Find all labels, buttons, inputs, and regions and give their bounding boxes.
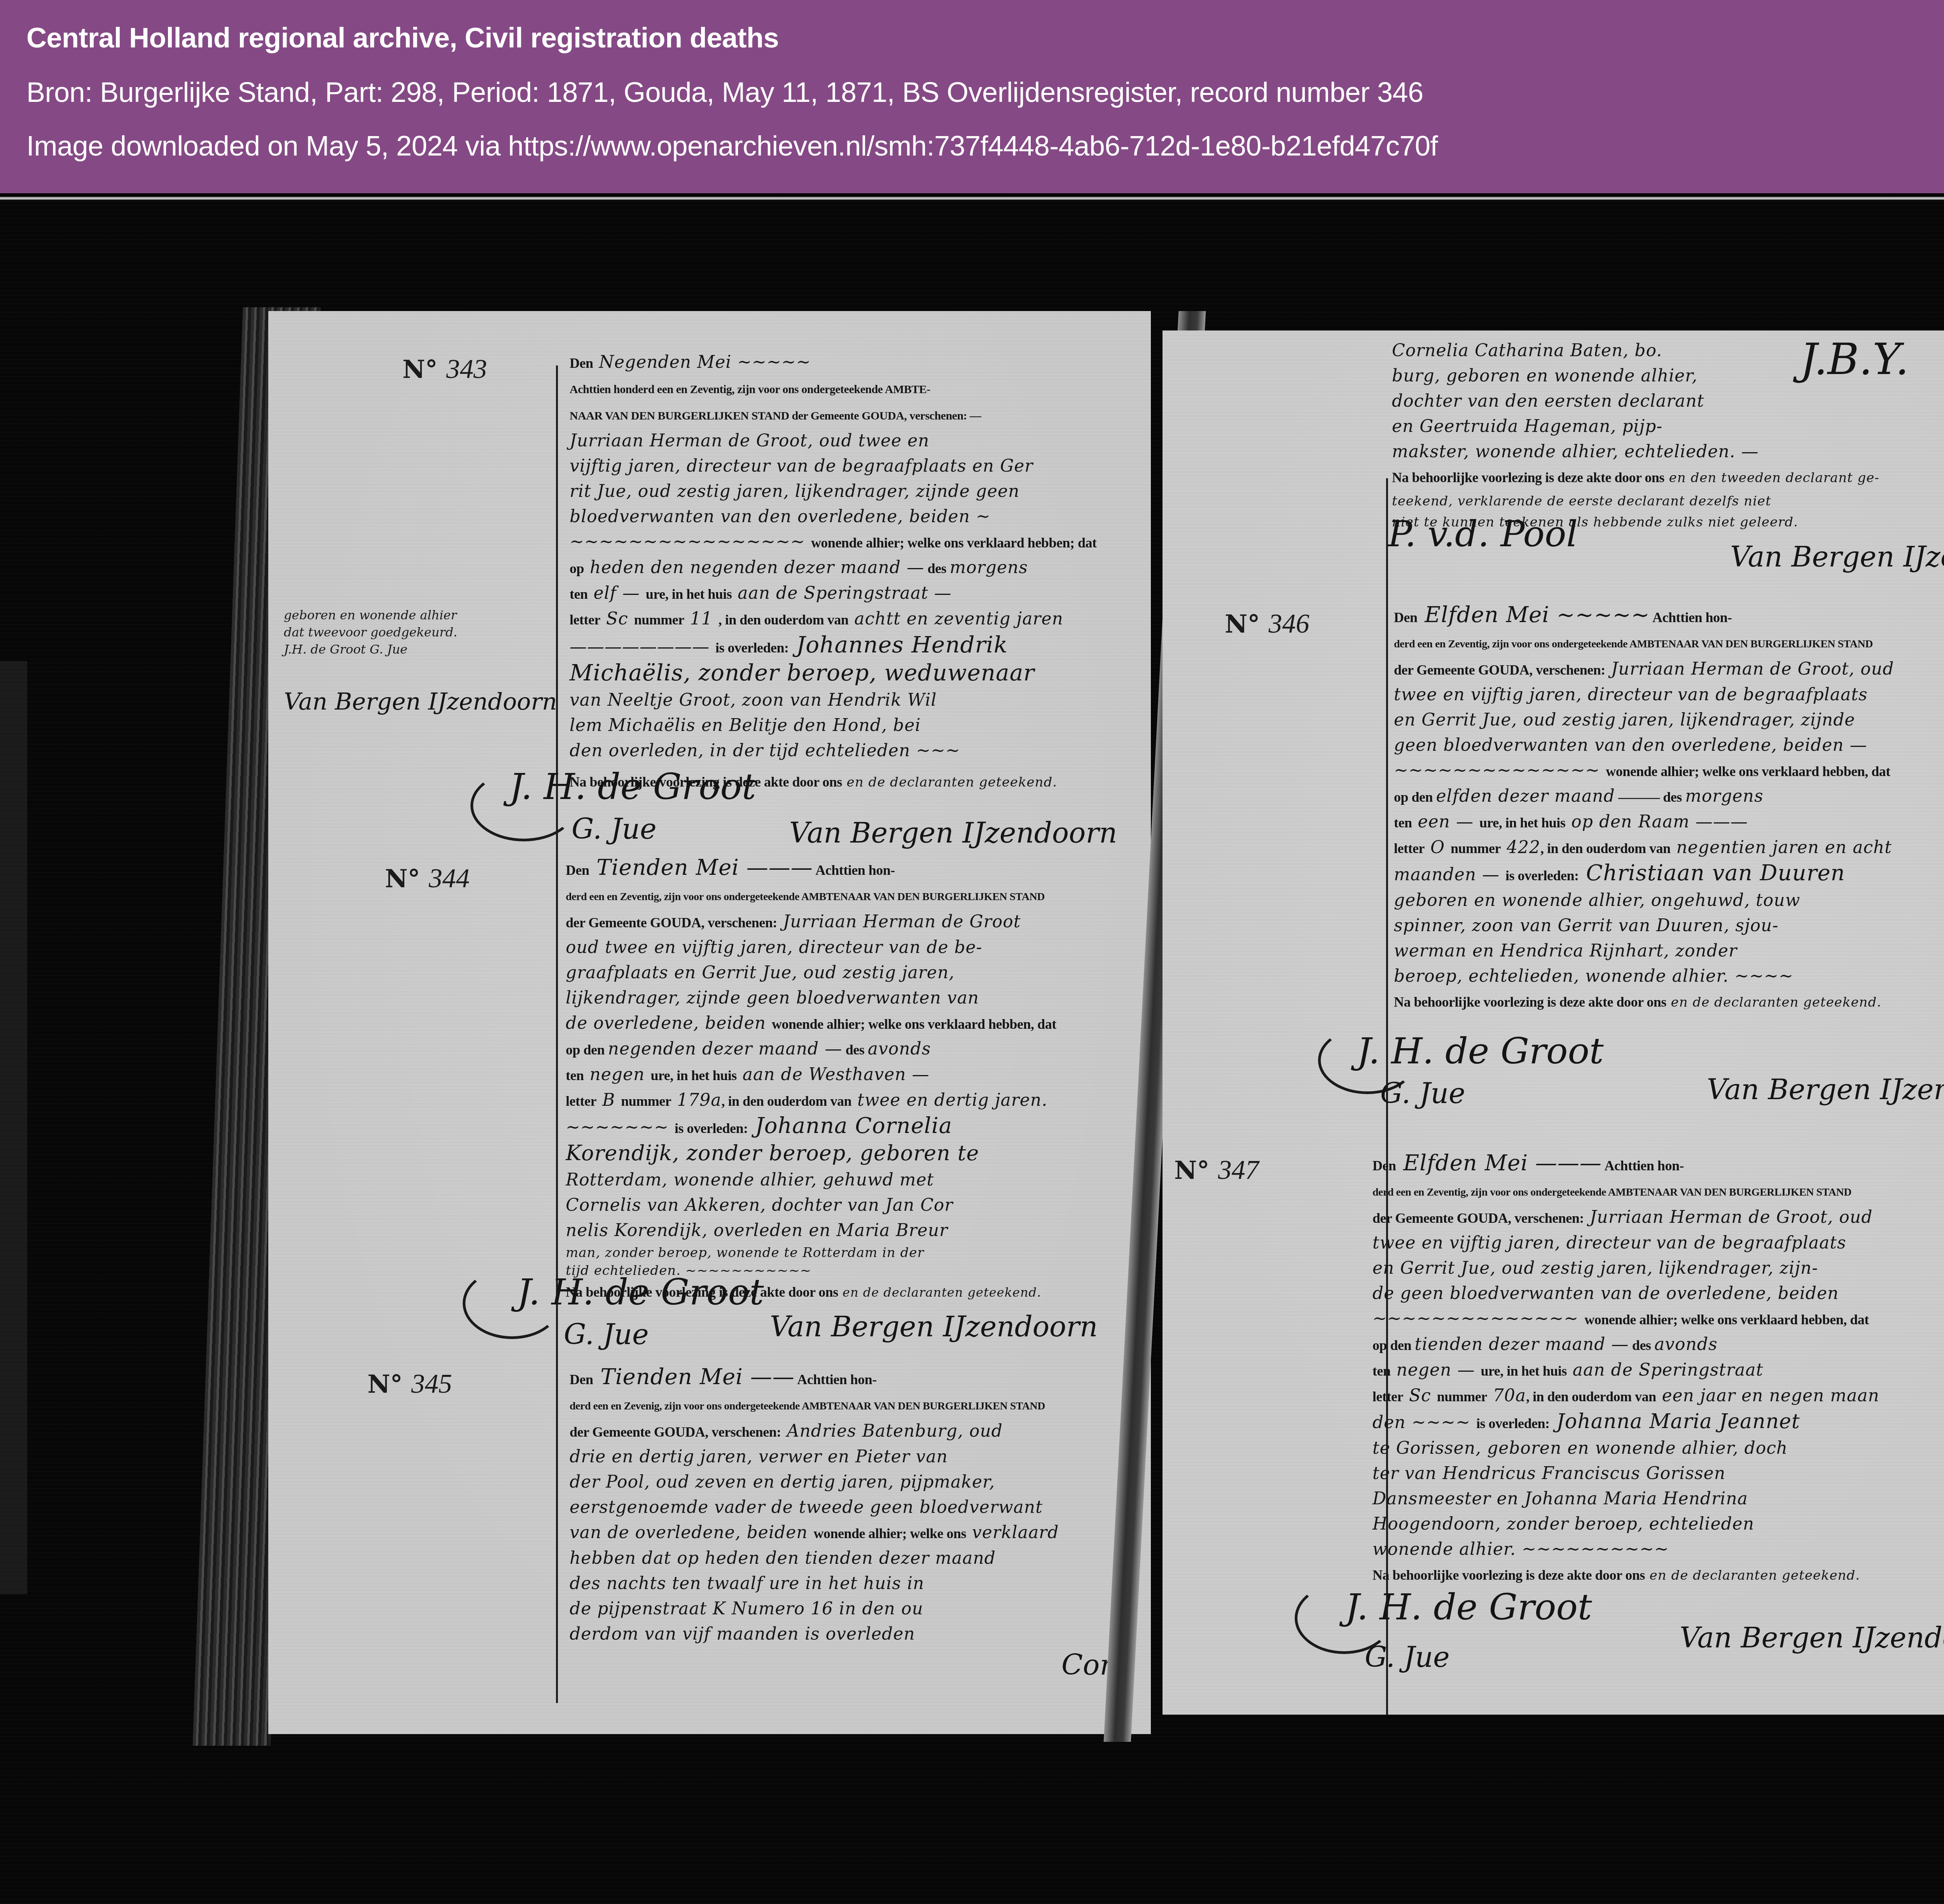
signature-registrar: Van Bergen IJzendoorn bbox=[1730, 540, 1944, 573]
catchword: Cor bbox=[1061, 1649, 1113, 1681]
side-initials: J.B.Y. bbox=[1800, 334, 1909, 384]
archive-title: Central Holland regional archive, Civil … bbox=[26, 24, 1944, 52]
header-divider bbox=[0, 197, 1944, 200]
record-number-345: N° 345 bbox=[367, 1369, 452, 1400]
archive-header: Central Holland regional archive, Civil … bbox=[0, 0, 1944, 193]
record-number-344: N° 344 bbox=[385, 863, 470, 894]
record-entry-347: Den Elfden Mei ——— Achttien hon- derd ee… bbox=[1372, 1151, 1944, 1588]
source-citation: Bron: Burgerlijke Stand, Part: 298, Peri… bbox=[26, 79, 1944, 107]
record-entry-346: Den Elfden Mei ~~~~~ Achttien hon- derd … bbox=[1394, 603, 1944, 1015]
margin-signature: Van Bergen IJzendoorn bbox=[284, 688, 557, 715]
scan-noise-left bbox=[0, 661, 27, 1594]
record-number-347: N° 347 bbox=[1174, 1155, 1259, 1186]
signature-registrar: Van Bergen IJzendoorn bbox=[789, 816, 1117, 849]
signature-registrar: Van Bergen IJzendoorn bbox=[1680, 1621, 1944, 1654]
column-rule bbox=[556, 365, 558, 1703]
signature-registrar: Van Bergen IJzendoorn bbox=[1707, 1073, 1944, 1106]
record-entry-345: Den Tienden Mei —— Achttien hon- derd ee… bbox=[570, 1365, 1145, 1647]
signature-flourish bbox=[470, 770, 577, 841]
margin-annotation-343: geboren en wonende alhier dat tweevoor g… bbox=[284, 607, 457, 658]
register-page-left: N° 343 Den Negenden Mei ~~~~~ Achttien h… bbox=[268, 311, 1151, 1734]
signature-jue: G. Jue bbox=[572, 813, 657, 845]
record-number-343: N° 343 bbox=[402, 354, 487, 385]
signature-van-der-pool: P. v.d. Pool bbox=[1388, 513, 1578, 555]
record-number-346: N° 346 bbox=[1225, 608, 1309, 640]
signature-jue: G. Jue bbox=[1365, 1641, 1450, 1673]
signature-flourish bbox=[463, 1268, 561, 1339]
record-entry-343: Den Negenden Mei ~~~~~ Achttien honderd … bbox=[570, 350, 1145, 795]
signature-jue: G. Jue bbox=[564, 1318, 649, 1351]
record-entry-344: Den Tienden Mei ——— Achttien hon- derd e… bbox=[566, 855, 1145, 1305]
register-page-right: Cornelia Catharina Baten, bo. burg, gebo… bbox=[1163, 330, 1944, 1715]
signature-jue: G. Jue bbox=[1380, 1077, 1465, 1110]
download-info: Image downloaded on May 5, 2024 via http… bbox=[26, 132, 1944, 160]
entry-line: Den Negenden Mei ~~~~~ bbox=[570, 350, 1145, 376]
signature-registrar: Van Bergen IJzendoorn bbox=[770, 1310, 1098, 1343]
